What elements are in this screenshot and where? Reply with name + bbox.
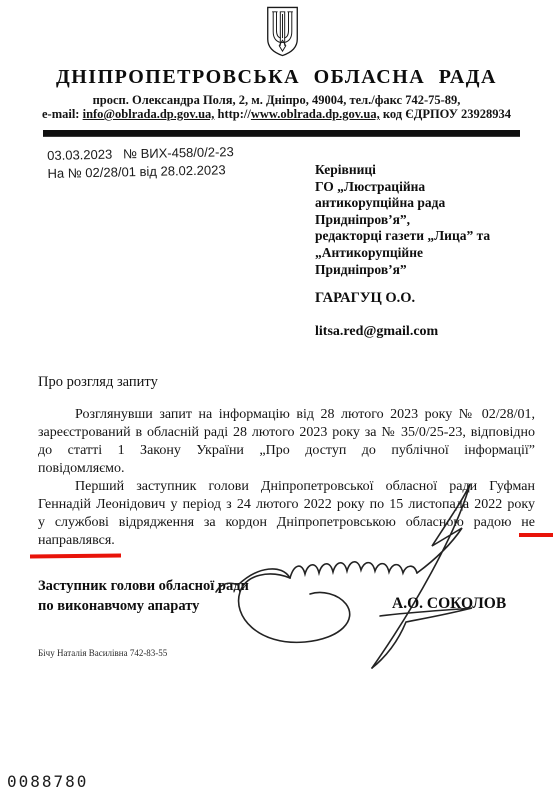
red-underlined-word-napravlyavsya: направлявся. bbox=[38, 533, 115, 548]
ukraine-trident-emblem-icon bbox=[265, 5, 300, 58]
body-line: повідомляємо. bbox=[38, 460, 535, 478]
body-line: Розглянувши запит на інформацію від 28 л… bbox=[38, 406, 535, 424]
contacts-suffix: код ЄДРПОУ 23928934 bbox=[380, 107, 511, 121]
recipient-block: Керівниці ГО „Люстраційна антикорупційна… bbox=[315, 162, 547, 278]
red-underlined-word-ne: не bbox=[521, 515, 535, 530]
signer-name: А.О. СОКОЛОВ bbox=[392, 595, 506, 613]
contacts-mid: http:// bbox=[214, 107, 250, 121]
signer-position-line: Заступник голови обласної ради bbox=[38, 577, 249, 597]
organization-contacts: e-mail: info@oblrada.dp.gov.ua, http://w… bbox=[0, 107, 553, 122]
subject-line: Про розгляд запиту bbox=[38, 374, 158, 391]
recipient-line: Керівниці bbox=[315, 162, 547, 179]
body-line: направлявся. bbox=[38, 532, 535, 550]
body-line: у службові відрядження за кордон Дніпроп… bbox=[38, 514, 535, 532]
recipient-line: ГО „Люстраційна bbox=[315, 179, 547, 196]
body-line: зареєстрований в обласній раді 28 лютого… bbox=[38, 424, 535, 442]
recipient-line: антикорупційна рада bbox=[315, 195, 547, 212]
paragraph-2: Перший заступник голови Дніпропетровсько… bbox=[38, 478, 535, 550]
organization-title: ДНІПРОПЕТРОВСЬКА ОБЛАСНА РАДА bbox=[0, 66, 553, 89]
signer-position-line: по виконавчому апарату bbox=[38, 597, 249, 617]
body-line-text: у службові відрядження за кордон Дніпроп… bbox=[38, 515, 511, 530]
recipient-line: редакторці газети „Лица” та bbox=[315, 228, 547, 245]
recipient-email: litsa.red@gmail.com bbox=[315, 324, 438, 340]
recipient-line: „Антикорупційне bbox=[315, 245, 547, 262]
scanned-letter-page: ДНІПРОПЕТРОВСЬКА ОБЛАСНА РАДА просп. Оле… bbox=[0, 0, 553, 794]
recipient-line: Придніпров’я”, bbox=[315, 212, 547, 229]
body-line: Перший заступник голови Дніпропетровсько… bbox=[38, 478, 535, 496]
recipient-name: ГАРАГУЦ О.О. bbox=[315, 290, 415, 307]
paragraph-1: Розглянувши запит на інформацію від 28 л… bbox=[38, 406, 535, 478]
registration-stamp-number: 0088780 bbox=[7, 772, 88, 791]
body-line: Геннадій Леонідович у період з 24 лютого… bbox=[38, 496, 535, 514]
letterhead-divider-bar bbox=[43, 130, 520, 136]
organization-website: www.oblrada.dp.gov.ua, bbox=[251, 107, 380, 121]
reference-block: 03.03.2023 № ВИХ-458/0/2-23 На № 02/28/0… bbox=[47, 143, 234, 183]
contacts-prefix: e-mail: bbox=[42, 107, 83, 121]
organization-email: info@oblrada.dp.gov.ua, bbox=[83, 107, 215, 121]
recipient-line: Придніпров’я” bbox=[315, 262, 547, 279]
executor-contact: Бічу Наталія Василівна 742-83-55 bbox=[38, 648, 167, 658]
organization-address: просп. Олександра Поля, 2, м. Дніпро, 49… bbox=[0, 93, 553, 108]
body-line: до статті 1 Закону України „Про доступ д… bbox=[38, 442, 535, 460]
signer-position: Заступник голови обласної ради по викона… bbox=[38, 577, 249, 616]
incoming-number-line: На № 02/28/01 від 28.02.2023 bbox=[47, 161, 234, 183]
